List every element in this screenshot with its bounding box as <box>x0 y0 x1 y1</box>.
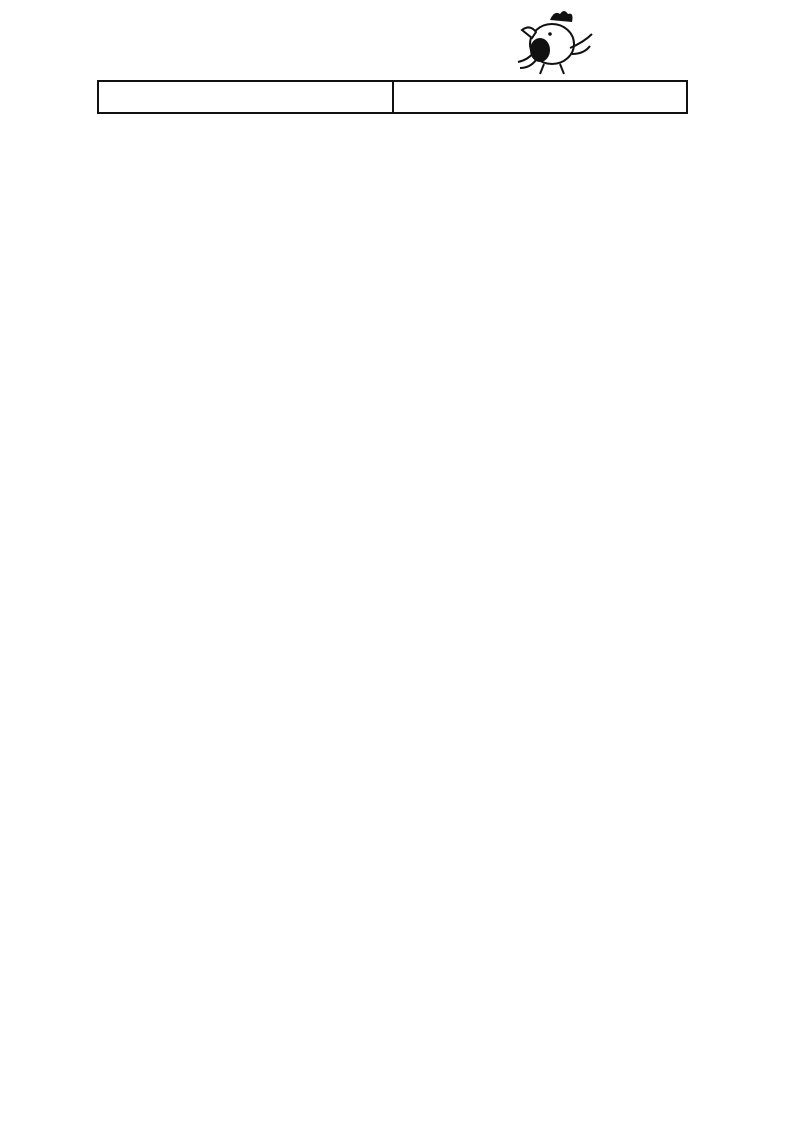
weekly-menu-table <box>97 80 688 114</box>
table-header-row <box>98 81 687 113</box>
column-header-lunch <box>98 81 393 113</box>
column-header-dinner <box>393 81 687 113</box>
chicken-icon <box>500 8 595 80</box>
